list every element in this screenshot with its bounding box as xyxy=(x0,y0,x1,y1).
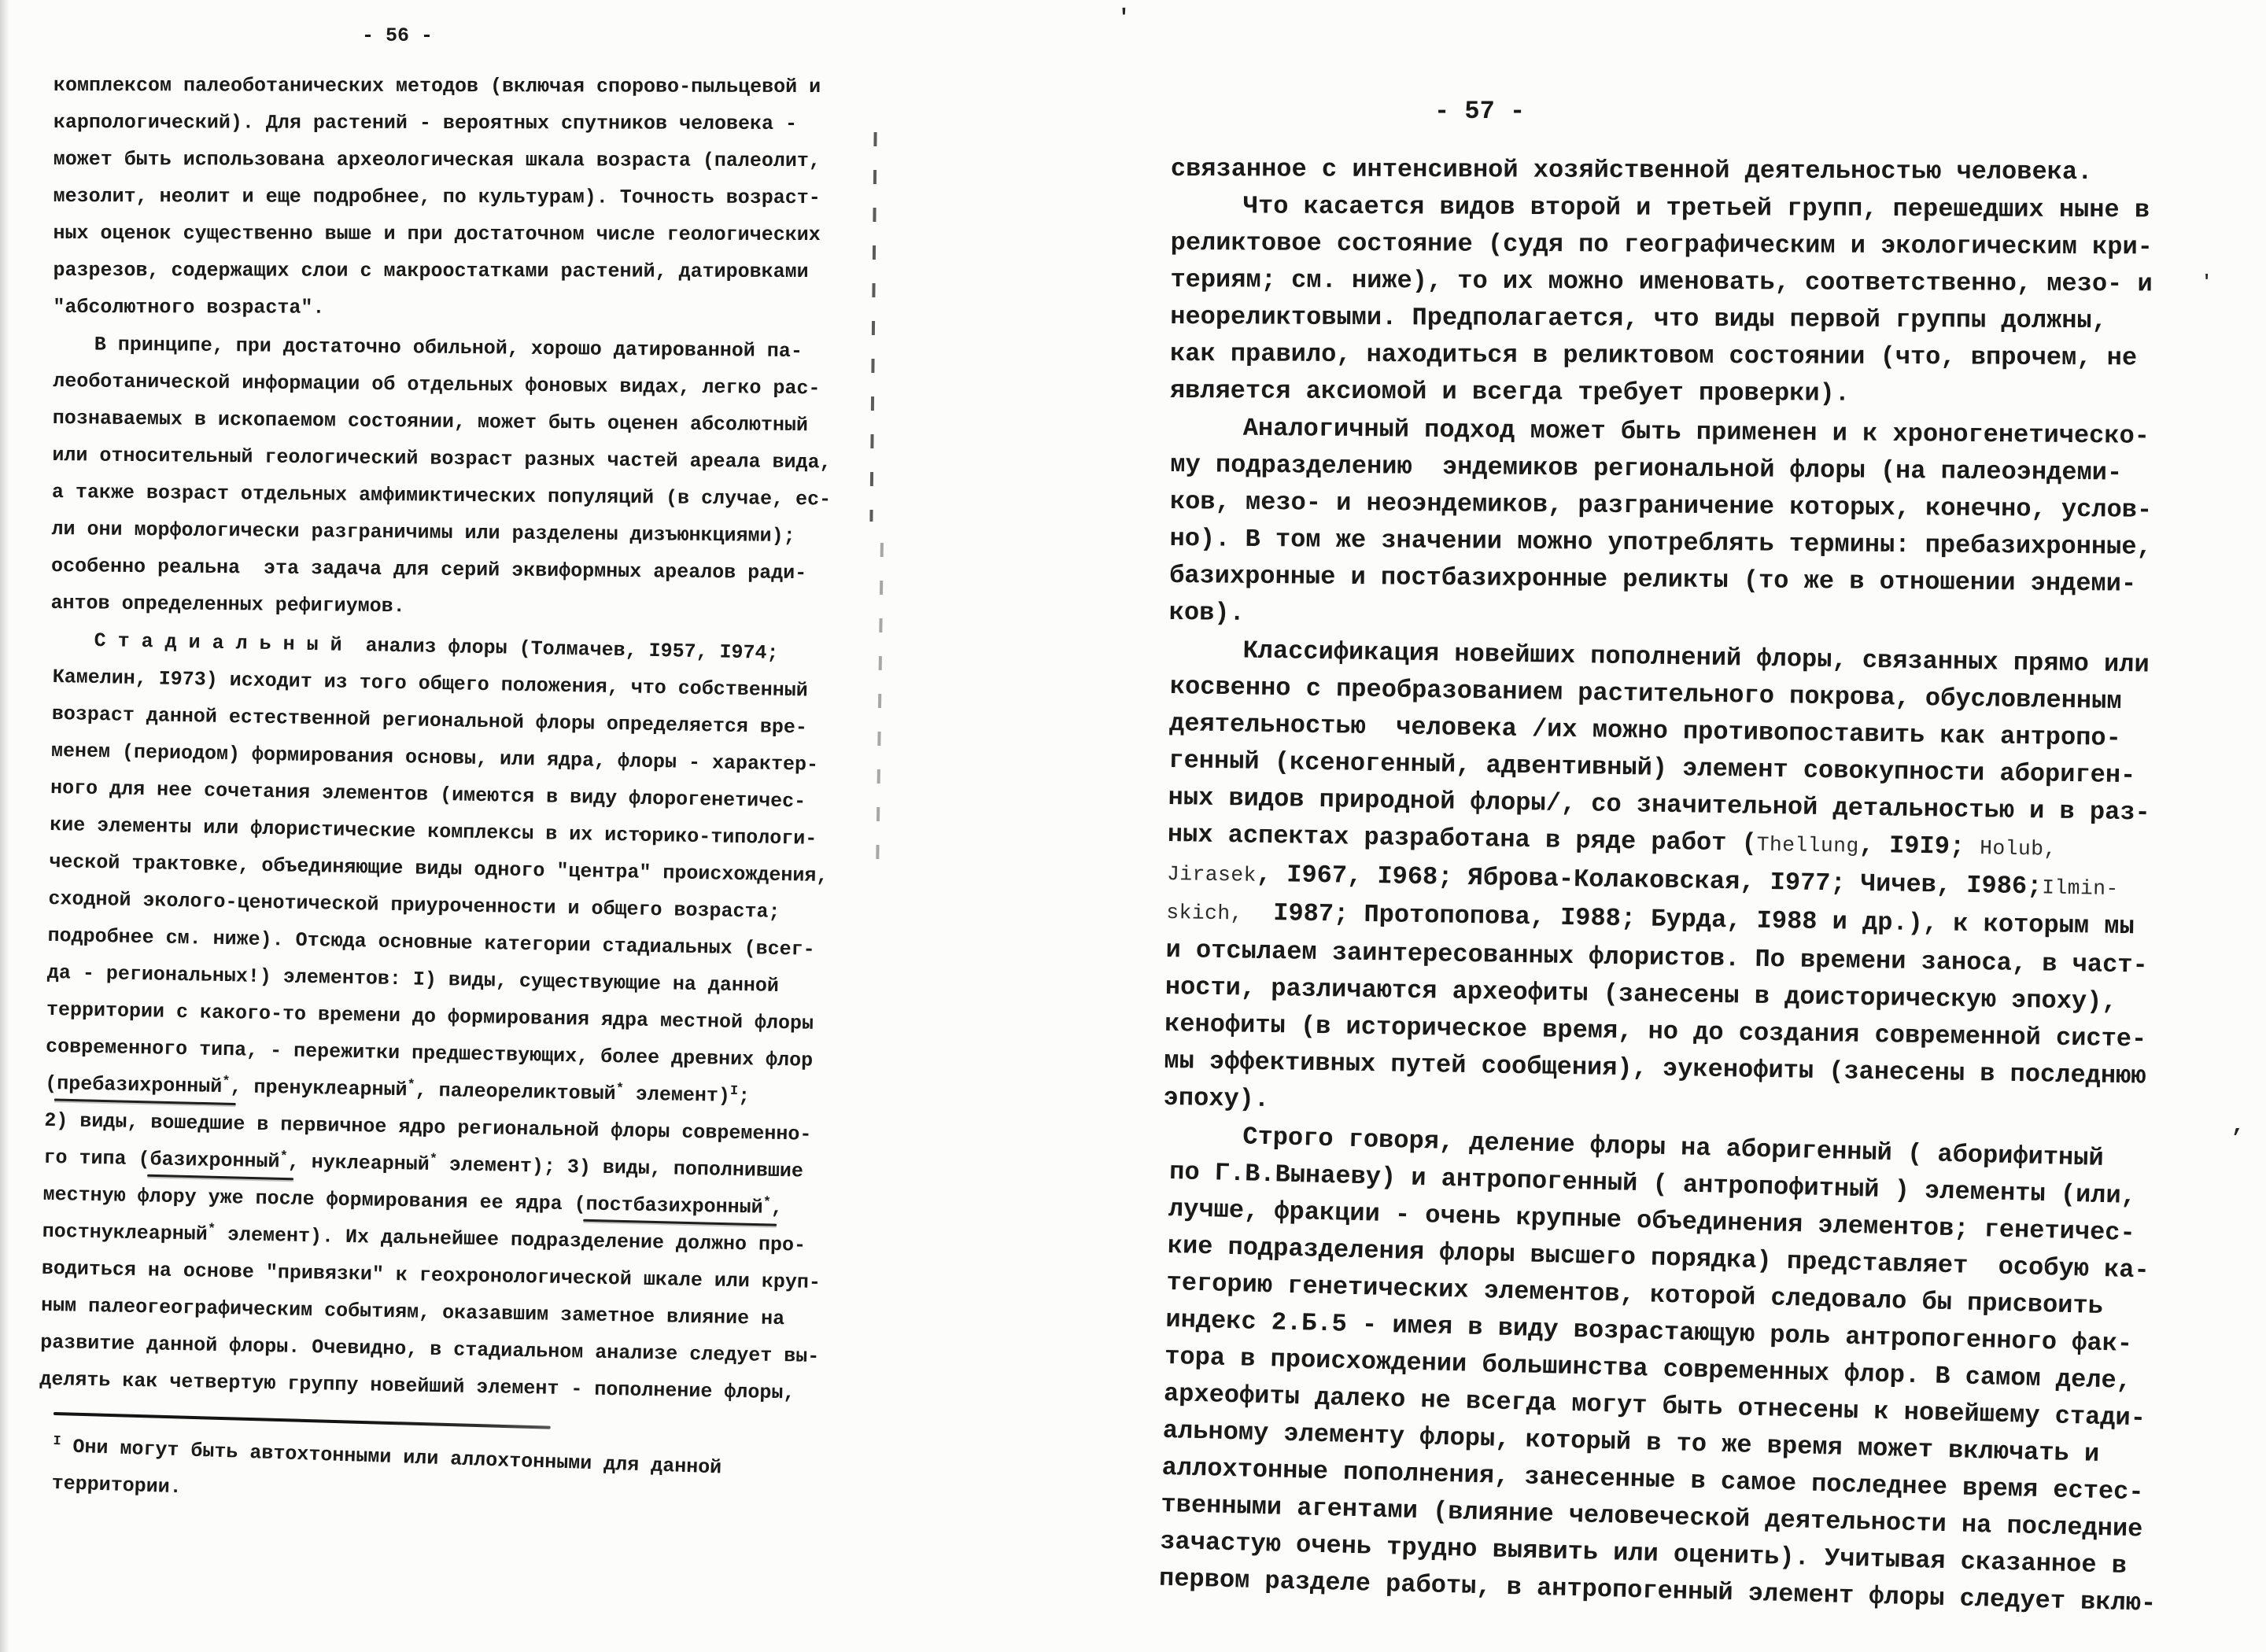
text-line: комплексом палеоботанических методов (вк… xyxy=(54,67,850,105)
fold-mark xyxy=(876,543,884,873)
text-line: карпологический). Для растений - вероятн… xyxy=(54,104,850,142)
text-line: мезолит, неолит и еще подробнее, по куль… xyxy=(54,178,850,216)
paragraph: Аналогичный подход может быть применен и… xyxy=(1169,409,2172,640)
underlined-term: пребазихронный* xyxy=(57,1072,231,1098)
page-57-text: связанное с интенсивной хозяйственной де… xyxy=(1171,150,2172,1597)
footnote: I Они могут быть автохтонными или аллохт… xyxy=(51,1428,850,1528)
paragraph: С т а д и а л ь н ы й анализ флоры (Толм… xyxy=(39,621,850,1412)
latin-citation: Ilmin- xyxy=(2042,876,2119,901)
paragraph: Классификация новейших пополнений флоры,… xyxy=(1163,631,2172,1132)
paragraph: Строго говоря, деление флоры на абориген… xyxy=(1159,1116,2172,1622)
latin-citation: Holub, xyxy=(1980,836,2057,861)
scan-left-edge-shadow xyxy=(0,0,9,1652)
latin-citation: Thellung xyxy=(1757,833,1859,858)
text-line: является аксиомой и всегда требует прове… xyxy=(1170,372,2171,414)
page-56: - 56 - комплексом палеоботанических мето… xyxy=(54,17,850,1502)
text-line: антов определенных рефигиумов. xyxy=(50,584,847,629)
paragraph: комплексом палеоботанических методов (вк… xyxy=(53,67,850,327)
text-line: реликтовое состояние (судя по географиче… xyxy=(1171,224,2172,266)
text-line: связанное с интенсивной хозяйственной де… xyxy=(1171,150,2172,190)
text-line: как правило, находиться в реликтовом сос… xyxy=(1170,335,2171,377)
paragraph: В принципе, при достаточно обильной, хор… xyxy=(50,326,850,629)
text-line: неореликтовыми. Предполагается, что виды… xyxy=(1170,298,2171,340)
page-number-56: - 56 - xyxy=(362,17,850,54)
latin-citation: skich, xyxy=(1166,901,1243,926)
text-line: териям; см. ниже), то их можно именовать… xyxy=(1170,261,2171,303)
text-line: ных оценок существенно выше и при достат… xyxy=(54,215,850,253)
footnote-rule xyxy=(54,1412,551,1429)
paragraph: связанное с интенсивной хозяйственной де… xyxy=(1171,150,2172,190)
paragraph: Что касается видов второй и третьей груп… xyxy=(1170,187,2172,414)
latin-citation: Jirasek xyxy=(1167,862,1257,887)
text-line: может быть использована археологическая … xyxy=(54,141,850,179)
underlined-term: базихронный* xyxy=(149,1148,288,1173)
page-56-text: комплексом палеоботанических методов (вк… xyxy=(54,67,850,1502)
ink-speck: , xyxy=(2231,1114,2245,1138)
ink-speck: ' xyxy=(1117,6,1131,31)
page-57: - 57 - связанное с интенсивной хозяйстве… xyxy=(1171,93,2172,1597)
scanned-document-spread: - 56 - комплексом палеоботанических мето… xyxy=(0,0,2266,1652)
underlined-term: постбазихронный* xyxy=(585,1193,771,1219)
text-line: Что касается видов второй и третьей груп… xyxy=(1171,187,2172,229)
text-line: "абсолютного возраста". xyxy=(53,289,849,327)
text-line: разрезов, содержащих слои с макроостатка… xyxy=(53,252,849,290)
ink-speck: . xyxy=(634,818,648,843)
ink-speck: ' xyxy=(2201,272,2212,292)
fold-mark xyxy=(869,132,877,522)
page-number-57: - 57 - xyxy=(1434,93,2172,130)
